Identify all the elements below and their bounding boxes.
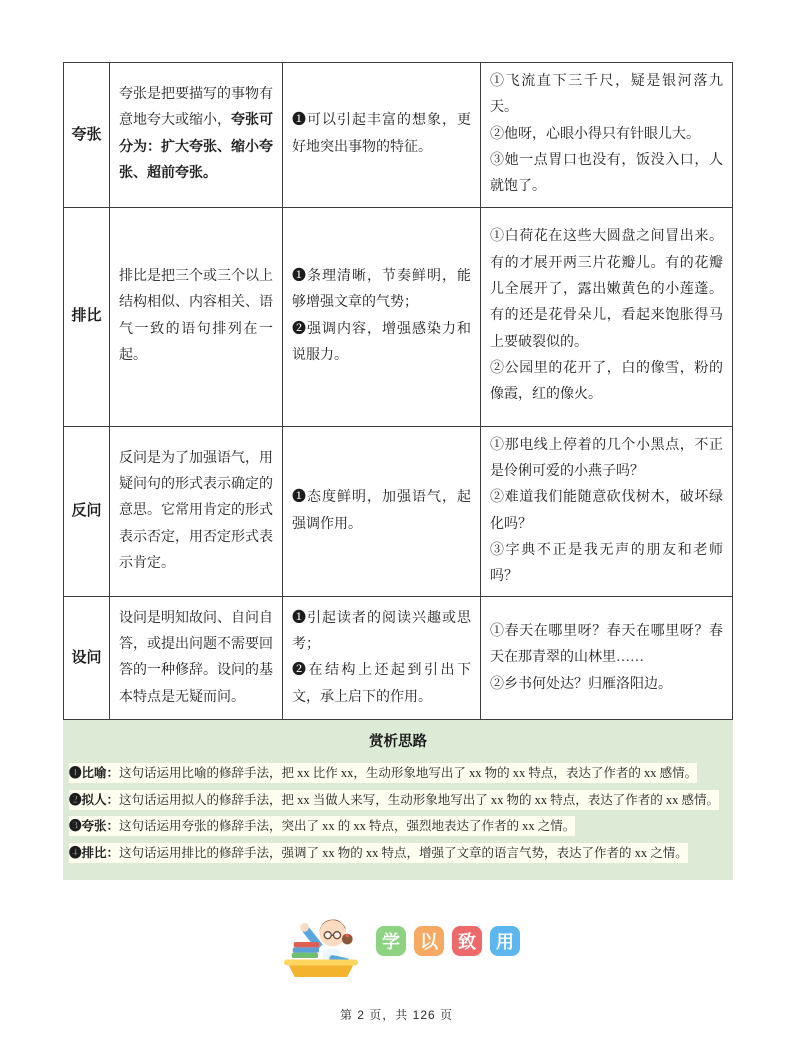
analysis-item-text: 这句话运用拟人的修辞手法，把 xx 当做人来写，生动形象地写出了 xx 物的 x… (119, 793, 719, 807)
example-text: ①春天在哪里呀？春天在哪里呀？春天在那青翠的山林里…… (490, 619, 723, 672)
definition-text: 反问是为了加强语气，用疑问句的形式表示确定的意思。它常用肯定的形式表示否定，用否… (119, 446, 273, 578)
rhetoric-label: 夸张 (64, 63, 110, 207)
analysis-item-niren: ❷拟人：这句话运用拟人的修辞手法，把 xx 当做人来写，生动形象地写出了 xx … (69, 791, 727, 810)
analysis-item-text: 这句话运用夸张的修辞手法，突出了 xx 的 xx 特点，强烈地表达了作者的 xx… (119, 819, 575, 833)
rhetoric-label-text: 夸张 (71, 121, 101, 149)
example-text: ①那电线上停着的几个小黑点，不正是伶俐可爱的小燕子吗？ (490, 433, 723, 486)
student-girl-illustration (276, 904, 364, 978)
example-text: ②乡书何处达？归雁洛阳边。 (490, 672, 723, 698)
page-number-footer: 第 2 页，共 126 页 (0, 1006, 793, 1023)
definition-text: 夸张是把要描写的事物有意地夸大或缩小，夸张可分为：扩大夸张、缩小夸张、超前夸张。 (119, 82, 273, 187)
rhetoric-label-text: 设问 (71, 644, 101, 672)
definition-cell: 反问是为了加强语气，用疑问句的形式表示确定的意思。它常用肯定的形式表示否定，用否… (110, 427, 283, 597)
effect-text: ❶态度鲜明，加强语气，起强调作用。 (292, 485, 471, 538)
effect-text: ❶条理清晰，节奏鲜明，能够增强文章的气势； (292, 264, 471, 317)
table-row-shewen: 设问 设问是明知故问、自问自答，或提出问题不需要回答的一种修辞。设问的基本特点是… (64, 597, 732, 719)
examples-cell: ①那电线上停着的几个小黑点，不正是伶俐可爱的小燕子吗？ ②难道我们能随意砍伐树木… (481, 427, 732, 597)
analysis-item-prefix: ❸夸张： (69, 819, 119, 833)
effect-text: ❶可以引起丰富的想象，更好地突出事物的特征。 (292, 108, 471, 161)
table-row-fanwen: 反问 反问是为了加强语气，用疑问句的形式表示确定的意思。它常用肯定的形式表示否定… (64, 427, 732, 598)
rhetoric-label: 反问 (64, 427, 110, 597)
analysis-item-prefix: ❷拟人： (69, 793, 119, 807)
badge-tile-yi: 以 (414, 926, 444, 956)
badge-tile-zhi: 致 (452, 926, 482, 956)
example-text: ②他呀，心眼小得只有针眼儿大。 (490, 122, 723, 148)
rhetoric-label: 排比 (64, 208, 110, 426)
analysis-item-paibi: ❹排比：这句话运用排比的修辞手法，强调了 xx 物的 xx 特点，增强了文章的语… (69, 844, 727, 863)
table-row-kuazhang: 夸张 夸张是把要描写的事物有意地夸大或缩小，夸张可分为：扩大夸张、缩小夸张、超前… (64, 63, 732, 208)
rhetoric-label-text: 排比 (71, 302, 101, 330)
effect-cell: ❶条理清晰，节奏鲜明，能够增强文章的气势； ❷强调内容，增强感染力和说服力。 (283, 208, 481, 426)
highlighted-text: ❹排比：这句话运用排比的修辞手法，强调了 xx 物的 xx 特点，增强了文章的语… (69, 843, 688, 863)
analysis-section: 赏析思路 ❶比喻：这句话运用比喻的修辞手法，把 xx 比作 xx，生动形象地写出… (63, 720, 733, 880)
document-page: 夸张 夸张是把要描写的事物有意地夸大或缩小，夸张可分为：扩大夸张、缩小夸张、超前… (0, 0, 793, 1037)
examples-cell: ①飞流直下三千尺，疑是银河落九天。 ②他呀，心眼小得只有针眼儿大。 ③她一点胃口… (481, 63, 732, 207)
example-text: ②难道我们能随意砍伐树木，破坏绿化吗？ (490, 485, 723, 538)
example-text: ①白荷花在这些大圆盘之间冒出来。有的才展开两三片花瓣儿。有的花瓣儿全展开了，露出… (490, 224, 723, 356)
definition-cell: 排比是把三个或三个以上结构相似、内容相关、语气一致的语句排列在一起。 (110, 208, 283, 426)
rhetoric-label-text: 反问 (71, 497, 101, 525)
definition-cell: 夸张是把要描写的事物有意地夸大或缩小，夸张可分为：扩大夸张、缩小夸张、超前夸张。 (110, 63, 283, 207)
page-content: 夸张 夸张是把要描写的事物有意地夸大或缩小，夸张可分为：扩大夸张、缩小夸张、超前… (0, 0, 793, 978)
highlighted-text: ❷拟人：这句话运用拟人的修辞手法，把 xx 当做人来写，生动形象地写出了 xx … (69, 790, 719, 810)
effect-text: ❶引起读者的阅读兴趣或思考； (292, 606, 471, 659)
example-text: ②公园里的花开了，白的像雪，粉的像霞，红的像火。 (490, 356, 723, 409)
definition-text: 排比是把三个或三个以上结构相似、内容相关、语气一致的语句排列在一起。 (119, 264, 273, 369)
highlighted-text: ❸夸张：这句话运用夸张的修辞手法，突出了 xx 的 xx 特点，强烈地表达了作者… (69, 816, 575, 836)
effect-cell: ❶引起读者的阅读兴趣或思考； ❷在结构上还起到引出下文，承上启下的作用。 (283, 597, 481, 719)
study-badge: 学 以 致 用 (63, 904, 733, 978)
example-text: ①飞流直下三千尺，疑是银河落九天。 (490, 69, 723, 122)
badge-tile-xue: 学 (376, 926, 406, 956)
effect-cell: ❶态度鲜明，加强语气，起强调作用。 (283, 427, 481, 597)
rhetoric-label: 设问 (64, 597, 110, 719)
analysis-item-biyu: ❶比喻：这句话运用比喻的修辞手法，把 xx 比作 xx，生动形象地写出了 xx … (69, 764, 727, 783)
effect-text: ❷在结构上还起到引出下文，承上启下的作用。 (292, 658, 471, 711)
examples-cell: ①春天在哪里呀？春天在哪里呀？春天在那青翠的山林里…… ②乡书何处达？归雁洛阳边… (481, 597, 732, 719)
example-text: ③她一点胃口也没有，饭没入口，人就饱了。 (490, 148, 723, 201)
analysis-item-prefix: ❹排比： (69, 846, 119, 860)
analysis-item-kuazhang: ❸夸张：这句话运用夸张的修辞手法，突出了 xx 的 xx 特点，强烈地表达了作者… (69, 817, 727, 836)
effect-text: ❷强调内容，增强感染力和说服力。 (292, 317, 471, 370)
definition-cell: 设问是明知故问、自问自答，或提出问题不需要回答的一种修辞。设问的基本特点是无疑而… (110, 597, 283, 719)
badge-tile-yong: 用 (490, 926, 520, 956)
rhetoric-devices-table: 夸张 夸张是把要描写的事物有意地夸大或缩小，夸张可分为：扩大夸张、缩小夸张、超前… (63, 62, 733, 720)
analysis-item-text: 这句话运用比喻的修辞手法，把 xx 比作 xx，生动形象地写出了 xx 物的 x… (119, 766, 697, 780)
analysis-item-prefix: ❶比喻： (69, 766, 119, 780)
badge-tiles: 学 以 致 用 (376, 926, 520, 956)
analysis-section-title: 赏析思路 (69, 728, 727, 757)
effect-cell: ❶可以引起丰富的想象，更好地突出事物的特征。 (283, 63, 481, 207)
table-row-paibi: 排比 排比是把三个或三个以上结构相似、内容相关、语气一致的语句排列在一起。 ❶条… (64, 208, 732, 427)
examples-cell: ①白荷花在这些大圆盘之间冒出来。有的才展开两三片花瓣儿。有的花瓣儿全展开了，露出… (481, 208, 732, 426)
highlighted-text: ❶比喻：这句话运用比喻的修辞手法，把 xx 比作 xx，生动形象地写出了 xx … (69, 763, 697, 783)
analysis-item-text: 这句话运用排比的修辞手法，强调了 xx 物的 xx 特点，增强了文章的语言气势，… (119, 846, 688, 860)
definition-text: 设问是明知故问、自问自答，或提出问题不需要回答的一种修辞。设问的基本特点是无疑而… (119, 606, 273, 711)
example-text: ③字典不正是我无声的朋友和老师吗？ (490, 538, 723, 591)
